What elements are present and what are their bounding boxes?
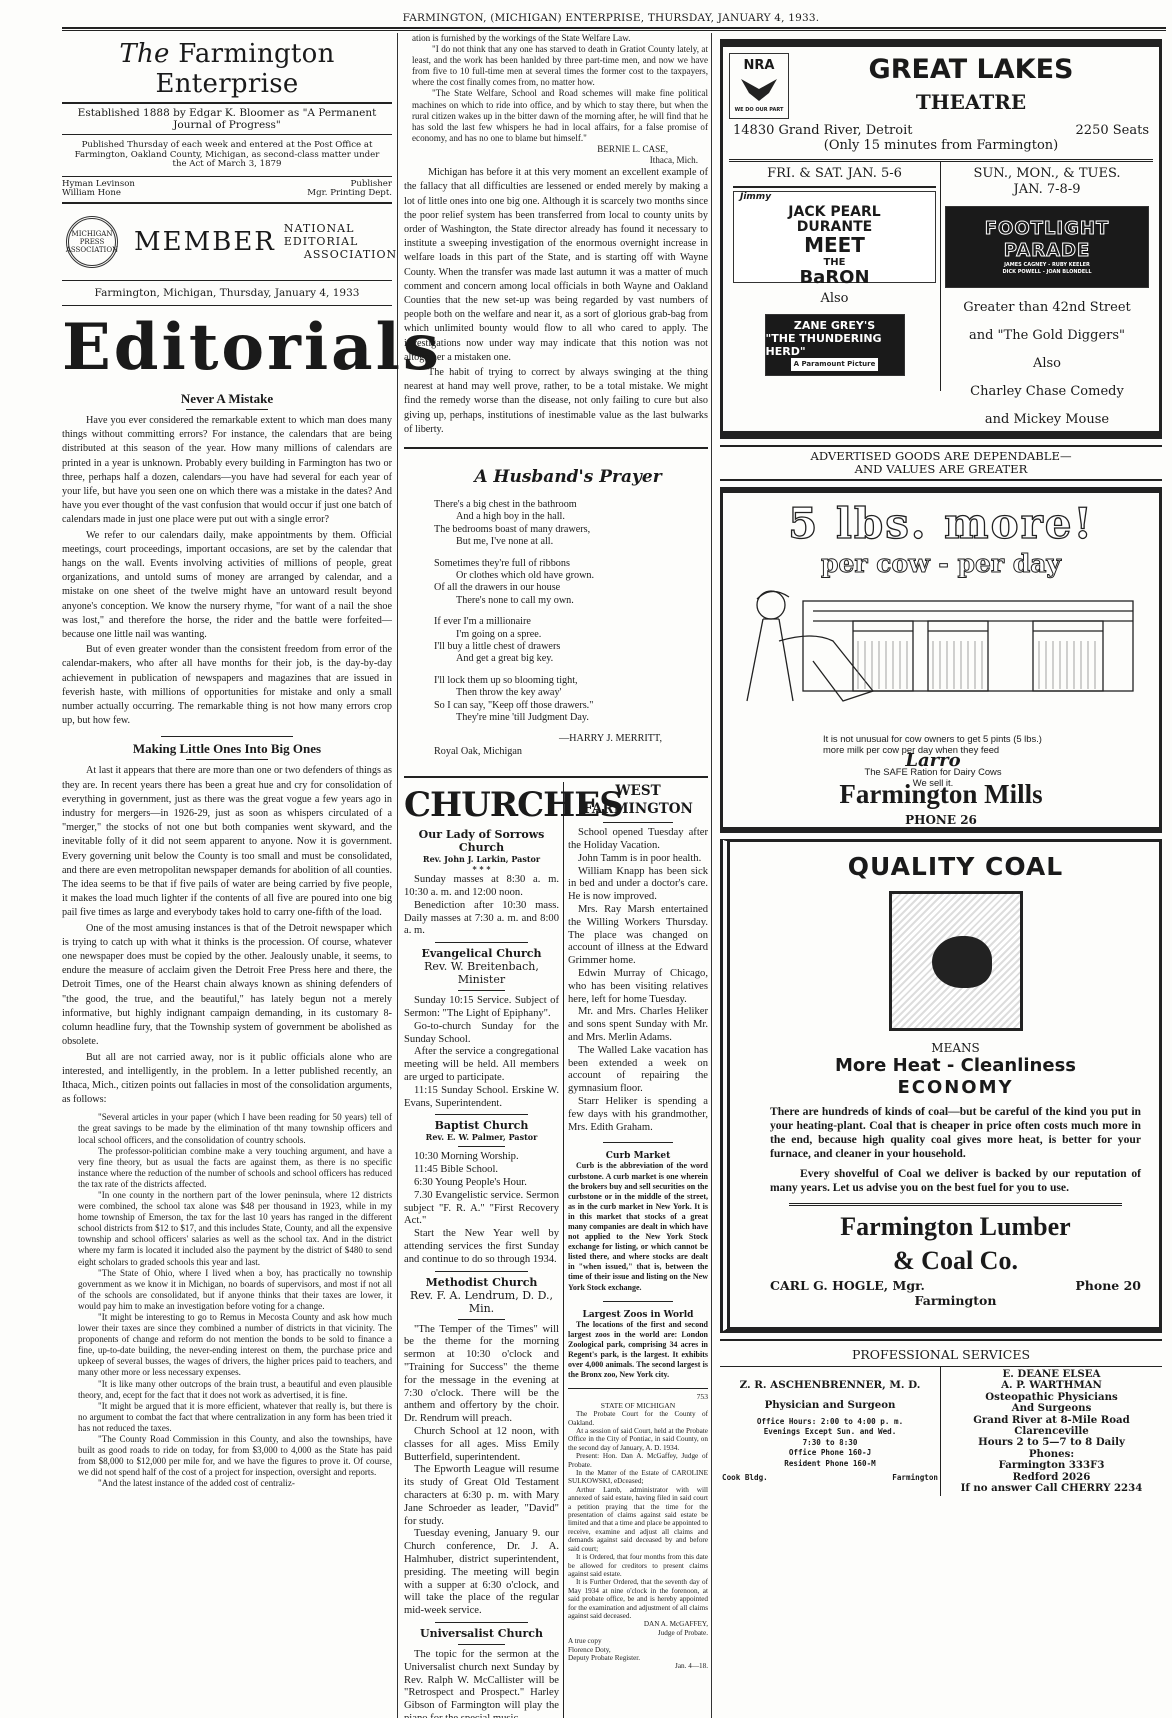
legal-judge: DAN A. McGAFFEY, bbox=[568, 1620, 708, 1628]
west-farmington-title: WEST FARMINGTON bbox=[568, 782, 708, 818]
poem-line: I'll lock them up so blooming tight, bbox=[434, 675, 702, 687]
news-item: Mr. and Mrs. Charles Heliker and sons sp… bbox=[568, 1006, 708, 1044]
letter-signature: BERNIE L. CASE, bbox=[412, 144, 708, 155]
tagline: and "The Gold Diggers" bbox=[945, 322, 1149, 350]
headline-making-little-ones: Making Little Ones Into Big Ones bbox=[62, 741, 392, 757]
coal-means: MEANS bbox=[770, 1041, 1141, 1055]
quote-paragraph: "And the latest instance of the added co… bbox=[78, 1478, 392, 1489]
news-item: School opened Tuesday after the Holiday … bbox=[568, 827, 708, 853]
paragraph: Michigan has before it at this very mome… bbox=[404, 166, 708, 365]
doctor-town: Farmington bbox=[892, 1473, 938, 1482]
farmer-feeding-cows-illustration-icon bbox=[733, 581, 1143, 731]
filler-title: Curb Market bbox=[568, 1151, 708, 1161]
poster-line: "THE THUNDERING HERD" bbox=[766, 332, 904, 358]
church-name: Universalist Church bbox=[404, 1627, 559, 1640]
theatre-title: GREAT LAKES bbox=[789, 54, 1153, 86]
newspaper-page: FARMINGTON, (MICHIGAN) ENTERPRISE, THURS… bbox=[56, 0, 1166, 1718]
nra-label: NRA bbox=[730, 58, 788, 73]
poem-line: I'm going on a spree. bbox=[434, 629, 702, 641]
quote-paragraph: "The County Road Commission in this Coun… bbox=[78, 1434, 392, 1478]
filler-title: Largest Zoos in World bbox=[568, 1310, 708, 1320]
poem-line: Or clothes which old have grown. bbox=[434, 570, 702, 582]
filler-zoos: The locations of the first and second la… bbox=[568, 1320, 708, 1381]
church-notice: 10:30 Morning Worship. 11:45 Bible Schoo… bbox=[404, 1151, 559, 1266]
poem-line: And a high boy in the hall. bbox=[434, 511, 702, 523]
coal-lump-icon bbox=[932, 936, 992, 988]
headline-never-a-mistake: Never A Mistake bbox=[62, 391, 392, 407]
paragraph: 11:45 Bible School. bbox=[404, 1164, 559, 1177]
paragraph: Arthur Lamb, administrator with will ann… bbox=[568, 1486, 708, 1553]
company-line: & Coal Co. bbox=[789, 1244, 1123, 1278]
poster-line: MEET bbox=[804, 235, 865, 255]
member-word: MEMBER bbox=[134, 227, 276, 257]
folio-rule bbox=[62, 27, 1166, 31]
info-line: Resident Phone 160-M bbox=[722, 1459, 938, 1469]
card-line: And Surgeons bbox=[943, 1403, 1160, 1414]
paragraph: Sunday 10:15 Service. Subject of Sermon:… bbox=[404, 995, 559, 1021]
coal-economy: ECONOMY bbox=[770, 1077, 1141, 1099]
church-name: Our Lady of Sorrows Church bbox=[404, 828, 559, 854]
also-label: Also bbox=[733, 291, 936, 306]
card-elsea-warthman: E. DEANE ELSEA A. P. WARTHMAN Osteopathi… bbox=[941, 1366, 1162, 1496]
poem-box: A Husband's Prayer There's a big chest i… bbox=[404, 447, 708, 768]
coal-manager-row: CARL G. HOGLE, Mgr. Phone 20 bbox=[770, 1278, 1141, 1293]
legal-attest: Deputy Probate Register. bbox=[568, 1654, 708, 1662]
paragraph: Present: Hon. Dan A. McGaffey, Judge of … bbox=[568, 1452, 708, 1469]
news-item: Edwin Murray of Chicago, who has been vi… bbox=[568, 968, 708, 1006]
paragraph: Start the New Year well by attending ser… bbox=[404, 1228, 559, 1266]
dealer-phone: PHONE 26 bbox=[723, 813, 1159, 827]
continued-quote: ation is furnished by the workings of th… bbox=[404, 33, 708, 166]
nea-name: NATIONAL EDITORIAL ASSOCIATION bbox=[284, 222, 397, 261]
poem-title: A Husband's Prayer bbox=[434, 467, 702, 487]
poem-stanza: Sometimes they're full of ribbons Or clo… bbox=[434, 558, 702, 608]
extra-feature: Charley Chase Comedy bbox=[945, 378, 1149, 406]
doctor-address: Cook Bldg. Farmington bbox=[722, 1473, 938, 1482]
paragraph: Have you ever considered the remarkable … bbox=[62, 414, 392, 528]
news-item: Mrs. Ray Marsh entertained the Willing W… bbox=[568, 904, 708, 968]
church-pastor: Rev. F. A. Lendrum, D. D., Min. bbox=[404, 1289, 559, 1315]
nra-motto: WE DO OUR PART bbox=[730, 107, 788, 113]
press-association-seal-icon: MICHIGAN PRESS ASSOCIATION bbox=[66, 216, 118, 268]
column-rule bbox=[397, 33, 398, 1718]
paragraph: It is Further Ordered, that the seventh … bbox=[568, 1578, 708, 1620]
paragraph: The Epworth League will resume its study… bbox=[404, 1464, 559, 1528]
poem-line: They're mine 'till Judgment Day. bbox=[434, 712, 702, 724]
poem-line: There's none to call my own. bbox=[434, 595, 702, 607]
poster-line: BaRON bbox=[799, 270, 869, 285]
churches-logo: CHURCHES bbox=[404, 782, 559, 828]
poem-stanza: I'll lock them up so blooming tight, The… bbox=[434, 675, 702, 725]
masthead-title-the: The bbox=[119, 39, 169, 69]
legal-attest: A true copy bbox=[568, 1637, 708, 1645]
footlight-parade-poster: FOOTLIGHT PARADE JAMES CAGNEY - RUBY KEE… bbox=[945, 206, 1149, 288]
doctor-building: Cook Bldg. bbox=[722, 1473, 768, 1482]
poem-line: If ever I'm a millionaire bbox=[434, 616, 702, 628]
church-name: Methodist Church bbox=[404, 1276, 559, 1289]
program-sun-tue: SUN., MON., & TUES. JAN. 7-8-9 FOOTLIGHT… bbox=[941, 162, 1153, 391]
program-dates: FRI. & SAT. JAN. 5-6 bbox=[733, 166, 936, 188]
poem-line: There's a big chest in the bathroom bbox=[434, 499, 702, 511]
quote-paragraph: The professor-politician combine make a … bbox=[78, 1146, 392, 1190]
legal-number: 753 bbox=[568, 1392, 708, 1401]
program-dates: SUN., MON., & TUES. bbox=[945, 166, 1149, 182]
theatre-seats: 2250 Seats bbox=[1076, 123, 1149, 138]
paragraph: At a session of said Court, held at the … bbox=[568, 1427, 708, 1452]
theatre-address-row: 14830 Grand River, Detroit 2250 Seats bbox=[729, 123, 1153, 138]
larro-headline: 5 lbs. more! bbox=[733, 499, 1149, 549]
coal-benefits: More Heat - Cleanliness bbox=[770, 1055, 1141, 1077]
program-fri-sat: FRI. & SAT. JAN. 5-6 Jimmy JACK PEARL DU… bbox=[729, 162, 941, 391]
poem-line: But me, I've none at all. bbox=[434, 536, 702, 548]
nra-eagle-icon: NRA WE DO OUR PART bbox=[729, 53, 789, 119]
staff-role: Mgr. Printing Dept. bbox=[307, 189, 392, 199]
larro-subhead: per cow - per day bbox=[733, 549, 1149, 579]
masthead-title: The Farmington Enterprise bbox=[62, 39, 392, 99]
larro-ration: The SAFE Ration for Dairy Cows bbox=[823, 766, 1043, 777]
poem-body: There's a big chest in the bathroom And … bbox=[434, 499, 702, 758]
doctor-name: Z. R. ASCHENBRENNER, M. D. bbox=[722, 1379, 938, 1391]
probate-notice: The Probate Court for the County of Oakl… bbox=[568, 1410, 708, 1671]
paragraph: Benediction after 10:30 mass. Daily mass… bbox=[404, 900, 559, 938]
poem-line: Sometimes they're full of ribbons bbox=[434, 558, 702, 570]
churches-column: CHURCHES Our Lady of Sorrows Church Rev.… bbox=[404, 782, 564, 1718]
dateline: Farmington, Michigan, Thursday, January … bbox=[62, 284, 392, 302]
paragraph: Curb is the abbreviation of the word cur… bbox=[568, 1161, 708, 1292]
coal-shovel-illustration-icon bbox=[889, 891, 1023, 1031]
poster-line: ZANE GREY'S bbox=[794, 319, 875, 332]
professional-services-cards: Z. R. ASCHENBRENNER, M. D. Physician and… bbox=[720, 1366, 1162, 1496]
masthead-staff-row: William Hone Mgr. Printing Dept. bbox=[62, 189, 392, 199]
theatre-subtitle: THEATRE bbox=[789, 86, 1153, 118]
poem-place: Royal Oak, Michigan bbox=[434, 746, 702, 758]
church-notice: Sunday masses at 8:30 a. m. 10:30 a. m. … bbox=[404, 874, 559, 938]
news-item: Starr Heliker is spending a few days wit… bbox=[568, 1096, 708, 1134]
paragraph: After the service a congregational meeti… bbox=[404, 1046, 559, 1084]
quote-paragraph: "In one county in the northern part of t… bbox=[78, 1190, 392, 1268]
theatre-address: 14830 Grand River, Detroit bbox=[733, 123, 912, 138]
letter-quote: "Several articles in your paper (which I… bbox=[62, 1112, 392, 1489]
coal-title: QUALITY COAL bbox=[770, 852, 1141, 881]
company-line: Farmington Lumber bbox=[789, 1210, 1123, 1244]
quote-paragraph: "It is like many other outcrops of the b… bbox=[78, 1379, 392, 1401]
card-line: If no answer Call CHERRY 2234 bbox=[943, 1483, 1160, 1494]
nea-member-emblem: MICHIGAN PRESS ASSOCIATION MEMBER NATION… bbox=[62, 207, 392, 277]
nea-line: ASSOCIATION bbox=[284, 248, 397, 261]
card-aschenbrenner: Z. R. ASCHENBRENNER, M. D. Physician and… bbox=[720, 1366, 941, 1496]
church-name: Evangelical Church bbox=[404, 947, 559, 960]
church-notice: "The Temper of the Times" will be the th… bbox=[404, 1324, 559, 1618]
doctor-role: Physician and Surgeon bbox=[722, 1399, 938, 1411]
church-name: Baptist Church bbox=[404, 1119, 559, 1132]
churches-and-west-farmington: CHURCHES Our Lady of Sorrows Church Rev.… bbox=[404, 776, 708, 1718]
paragraph: We refer to our calendars daily, make ap… bbox=[62, 529, 392, 643]
poster-line: FOOTLIGHT bbox=[985, 218, 1109, 240]
quote-paragraph: "The State of Ohio, where I lived when a… bbox=[78, 1268, 392, 1312]
paragraph: 10:30 Morning Worship. bbox=[404, 1151, 559, 1164]
eagle-icon bbox=[739, 73, 779, 103]
paragraph: "The Temper of the Times" will be the th… bbox=[404, 1324, 559, 1426]
poster-line: PARADE bbox=[1004, 240, 1091, 262]
paragraph: 7.30 Evangelistic service. Sermon subjec… bbox=[404, 1190, 559, 1228]
coal-phone: Phone 20 bbox=[1075, 1278, 1141, 1293]
church-pastor: Rev. W. Breitenbach, Minister bbox=[404, 960, 559, 986]
coal-company-name: Farmington Lumber & Coal Co. bbox=[789, 1203, 1123, 1278]
quote-paragraph: "It might be interesting to go to Remus … bbox=[78, 1312, 392, 1379]
paragraph: Go-to-church Sunday for the Sunday Schoo… bbox=[404, 1021, 559, 1047]
ornament: * * * bbox=[404, 864, 559, 874]
church-pastor: Rev. E. W. Palmer, Pastor bbox=[404, 1132, 559, 1142]
theatre-distance: (Only 15 minutes from Farmington) bbox=[729, 138, 1153, 153]
masthead-title-rest: Farmington Enterprise bbox=[155, 39, 334, 99]
program-dates: JAN. 7-8-9 bbox=[945, 182, 1149, 198]
editorial-column: The Farmington Enterprise Established 18… bbox=[62, 33, 392, 1490]
article-making-little-ones: At last it appears that there are more t… bbox=[62, 764, 392, 1107]
legal-header: STATE OF MICHIGAN bbox=[568, 1401, 708, 1410]
news-item: William Knapp has been sick in bed and u… bbox=[568, 866, 708, 904]
news-item: John Tamm is in poor health. bbox=[568, 853, 708, 866]
larro-feed-ad: 5 lbs. more! per cow - per day bbox=[720, 487, 1162, 833]
poem-line: So I can say, "Keep off those drawers." bbox=[434, 700, 702, 712]
paragraph: Church School at 12 noon, with classes f… bbox=[404, 1426, 559, 1464]
poster-line: JAMES CAGNEY - RUBY KEELER bbox=[1004, 262, 1090, 269]
continued-editorial: Michigan has before it at this very mome… bbox=[404, 166, 708, 437]
extra-feature: and Mickey Mouse bbox=[945, 406, 1149, 434]
local-news: School opened Tuesday after the Holiday … bbox=[568, 827, 708, 1134]
quote-paragraph: "The State Welfare, School and Road sche… bbox=[412, 88, 708, 143]
poem-line: And get a great big key. bbox=[434, 653, 702, 665]
tagline: Greater than 42nd Street bbox=[945, 294, 1149, 322]
poem-line: I'll buy a little chest of drawers bbox=[434, 641, 702, 653]
paragraph: But all are not carried away, nor is it … bbox=[62, 1051, 392, 1108]
info-line: 7:30 to 8:30 bbox=[722, 1438, 938, 1448]
theatre-program: FRI. & SAT. JAN. 5-6 Jimmy JACK PEARL DU… bbox=[729, 159, 1153, 391]
quote-paragraph: "Several articles in your paper (which I… bbox=[78, 1112, 392, 1145]
advertising-column: NRA WE DO OUR PART GREAT LAKES THEATRE 1… bbox=[716, 33, 1166, 1496]
paragraph: 6:30 Young People's Hour. bbox=[404, 1177, 559, 1190]
staff-name: William Hone bbox=[62, 189, 121, 199]
masthead-publication: Published Thursday of each week and ente… bbox=[62, 138, 392, 173]
doctor-info: Office Hours: 2:00 to 4:00 p. m. Evening… bbox=[722, 1417, 938, 1469]
theatre-header: NRA WE DO OUR PART GREAT LAKES THEATRE bbox=[729, 53, 1153, 119]
church-notice: The topic for the sermon at the Universa… bbox=[404, 1649, 559, 1718]
larro-brand-logo: Larro bbox=[823, 755, 1043, 766]
thundering-herd-poster: ZANE GREY'S "THE THUNDERING HERD" A Para… bbox=[765, 314, 905, 376]
paragraph: 11:15 Sunday School. Erskine W. Evans, S… bbox=[404, 1085, 559, 1111]
paragraph: One of the most amusing instances is tha… bbox=[62, 922, 392, 1050]
info-line: Office Phone 160-J bbox=[722, 1448, 938, 1458]
poster-line: Jimmy bbox=[734, 190, 771, 205]
poem-stanza: If ever I'm a millionaire I'm going on a… bbox=[434, 616, 702, 666]
paragraph: The Probate Court for the County of Oakl… bbox=[568, 1410, 708, 1427]
west-farmington-column: WEST FARMINGTON School opened Tuesday af… bbox=[564, 782, 708, 1718]
letter-place: Ithaca, Mich. bbox=[412, 155, 708, 166]
nea-line: NATIONAL EDITORIAL bbox=[284, 222, 397, 248]
paragraph: It is Ordered, that four months from thi… bbox=[568, 1553, 708, 1578]
poster-line: DICK POWELL - JOAN BLONDELL bbox=[1002, 269, 1091, 276]
advertised-goods-slogan: ADVERTISED GOODS ARE DEPENDABLE— AND VAL… bbox=[720, 445, 1162, 481]
paragraph: The locations of the first and second la… bbox=[568, 1320, 708, 1381]
paragraph: The topic for the sermon at the Universa… bbox=[404, 1649, 559, 1718]
poster-line: JACK PEARL bbox=[788, 205, 880, 220]
professional-services-title: PROFESSIONAL SERVICES bbox=[720, 1339, 1162, 1366]
coal-manager: CARL G. HOGLE, Mgr. bbox=[770, 1278, 925, 1293]
paragraph: Sunday masses at 8:30 a. m. 10:30 a. m. … bbox=[404, 874, 559, 900]
slogan-line: AND VALUES ARE GREATER bbox=[720, 463, 1162, 476]
legal-dates: Jan. 4—18. bbox=[568, 1662, 708, 1670]
paragraph: Every shovelful of Coal we deliver is ba… bbox=[770, 1167, 1141, 1195]
quote-paragraph: "It might be argued that it is more effi… bbox=[78, 1401, 392, 1434]
editorials-banner: Editorials bbox=[62, 309, 392, 387]
card-line: Farmington 333F3 bbox=[943, 1460, 1160, 1471]
poster-line: A Paramount Picture bbox=[791, 358, 879, 371]
quote-paragraph: "I do not think that any one has starved… bbox=[412, 44, 708, 88]
coal-town: Farmington bbox=[770, 1293, 1141, 1308]
folio-line: FARMINGTON, (MICHIGAN) ENTERPRISE, THURS… bbox=[56, 12, 1166, 24]
info-line: Evenings Except Sun. and Wed. bbox=[722, 1427, 938, 1437]
dealer-name: Farmington Mills bbox=[723, 779, 1159, 810]
also-label: Also bbox=[945, 350, 1149, 378]
poem-line: Of all the drawers in our house bbox=[434, 582, 702, 594]
meet-the-baron-poster: Jimmy JACK PEARL DURANTE MEET THE BaRON bbox=[733, 191, 936, 283]
filler-curb-market: Curb is the abbreviation of the word cur… bbox=[568, 1161, 708, 1292]
poem-stanza: There's a big chest in the bathroom And … bbox=[434, 499, 702, 549]
paragraph: Tuesday evening, January 9. our Church c… bbox=[404, 1528, 559, 1618]
article-never-a-mistake: Have you ever considered the remarkable … bbox=[62, 414, 392, 728]
paragraph: But of even greater wonder than the cons… bbox=[62, 643, 392, 728]
church-notice: Sunday 10:15 Service. Subject of Sermon:… bbox=[404, 995, 559, 1110]
farmington-lumber-coal-ad: QUALITY COAL MEANS More Heat - Cleanline… bbox=[720, 839, 1162, 1333]
paragraph: In the Matter of the Estate of CAROLINE … bbox=[568, 1469, 708, 1486]
theatre-name: GREAT LAKES THEATRE bbox=[789, 54, 1153, 118]
paragraph: There are hundreds of kinds of coal—but … bbox=[770, 1105, 1141, 1161]
middle-column: ation is furnished by the workings of th… bbox=[404, 33, 708, 1718]
church-pastor: Rev. John J. Larkin, Pastor bbox=[404, 854, 559, 864]
legal-attest: Florence Doty, bbox=[568, 1646, 708, 1654]
news-item: The Walled Lake vacation has been extend… bbox=[568, 1045, 708, 1096]
legal-judge-title: Judge of Probate. bbox=[568, 1629, 708, 1637]
great-lakes-theatre-ad: NRA WE DO OUR PART GREAT LAKES THEATRE 1… bbox=[720, 39, 1162, 439]
quote-paragraph: ation is furnished by the workings of th… bbox=[412, 33, 708, 44]
poem-author: —HARRY J. MERRITT, bbox=[434, 733, 702, 745]
column-rule bbox=[711, 33, 712, 1718]
paragraph: At last it appears that there are more t… bbox=[62, 764, 392, 920]
poem-line: The bedrooms boast of many drawers, bbox=[434, 524, 702, 536]
coal-copy: There are hundreds of kinds of coal—but … bbox=[770, 1105, 1141, 1195]
paragraph: The habit of trying to correct by always… bbox=[404, 366, 708, 437]
info-line: Office Hours: 2:00 to 4:00 p. m. bbox=[722, 1417, 938, 1427]
poem-line: Then throw the key away' bbox=[434, 687, 702, 699]
masthead-established: Established 1888 by Edgar K. Bloomer as … bbox=[62, 107, 392, 131]
